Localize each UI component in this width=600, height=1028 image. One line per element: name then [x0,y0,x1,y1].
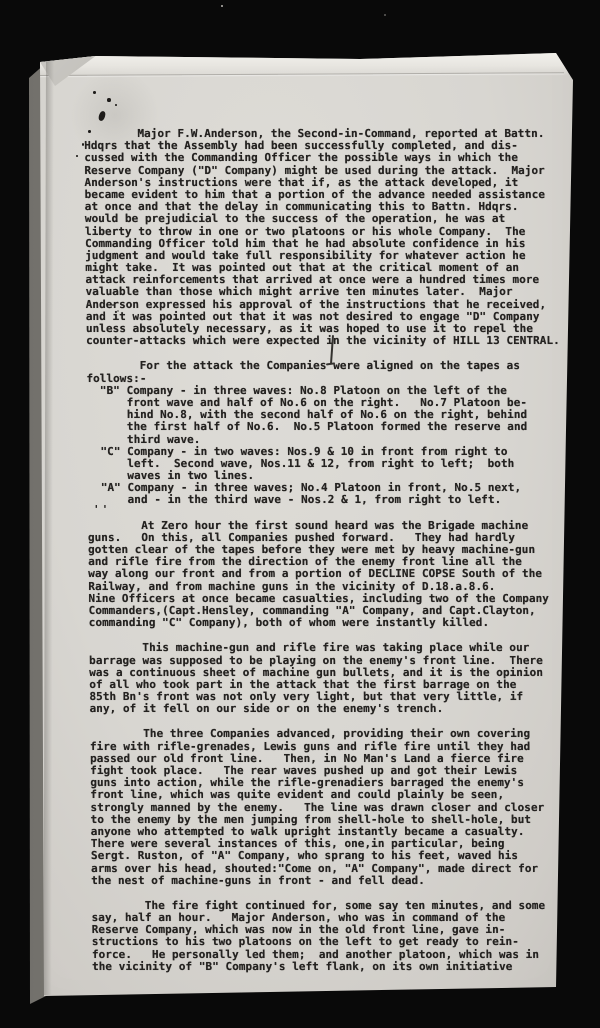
typed-line: liberty to throw in one or two platoons … [85,226,567,238]
typed-line: third wave. [87,434,569,446]
typed-line: would be prejudicial to the success of t… [85,213,567,225]
typed-line: the nest of machine-guns in front - and … [91,875,573,887]
paragraph: The three Companies advanced, providing … [90,728,574,886]
typed-text: Major F.W.Anderson, the Second-in-Comman… [84,128,574,973]
ink-blot [98,110,107,121]
stray-ink-mark: '' [93,503,110,516]
ink-blot [115,104,117,106]
typed-line: For the attack the Companies were aligne… [86,360,568,372]
typed-line: the first half of No.6. No.5 Platoon for… [87,421,569,433]
typed-line: the vicinity of "B" Company's left flank… [92,961,574,973]
typed-line: strongly manned by the enemy. The line w… [90,802,572,814]
typed-line: Railway, and from machine guns in the vi… [88,581,570,593]
typed-line: At Zero hour the first sound heard was t… [88,520,570,532]
typed-line: cussed with the Commanding Officer the p… [84,152,566,164]
typed-line: commanding "C" Company), both of whom we… [89,617,571,629]
paragraph: The fire fight continued for, some say t… [91,900,574,973]
dust-speck [384,14,386,16]
typed-line: force. He personally led them; and anoth… [92,949,574,961]
typed-line: valuable than those which might arrive t… [86,286,568,298]
ink-blot [76,155,78,157]
typed-line: arms over his head, shouted:"Come on, "A… [91,863,573,875]
typed-line: fire with rifle-grenades, Lewis guns and… [90,741,572,753]
ink-blot [107,98,111,102]
typed-line: This machine-gun and rifle fire was taki… [89,642,571,654]
typed-line: structions to his two platoons on the le… [92,936,574,948]
typed-line: counter-attacks which were expected in t… [86,335,568,347]
page-left-edge-shadow [44,60,54,995]
document-page: Major F.W.Anderson, the Second-in-Comman… [0,0,600,1028]
typed-line: Reserve Company ("D" Company) might be u… [84,165,566,177]
typed-line: and - in the third wave - Nos.2 & 1, fro… [88,494,570,506]
dust-speck [221,5,223,7]
typed-line: way along our front and from a portion o… [88,568,570,580]
ink-blot [93,91,96,94]
typed-line: Sergt. Ruston, of "A" Company, who spran… [91,850,573,862]
typed-line: barrage was supposed to be playing on th… [89,655,571,667]
paragraph: At Zero hour the first sound heard was t… [88,520,571,630]
paragraph: This machine-gun and rifle fire was taki… [89,642,572,715]
photo-background: Major F.W.Anderson, the Second-in-Comman… [0,0,600,1028]
typed-line: Anderson expressed his approval of the i… [86,299,568,311]
paragraph: For the attack the Companies were aligne… [86,360,569,506]
typed-line: front line, which was quite evident and … [90,789,572,801]
typed-line: any, of it fell on our side or on the en… [90,703,572,715]
typed-line: follows:- [86,373,568,385]
paragraph: Major F.W.Anderson, the Second-in-Comman… [84,128,568,347]
typed-line: The three Companies advanced, providing … [90,728,572,740]
